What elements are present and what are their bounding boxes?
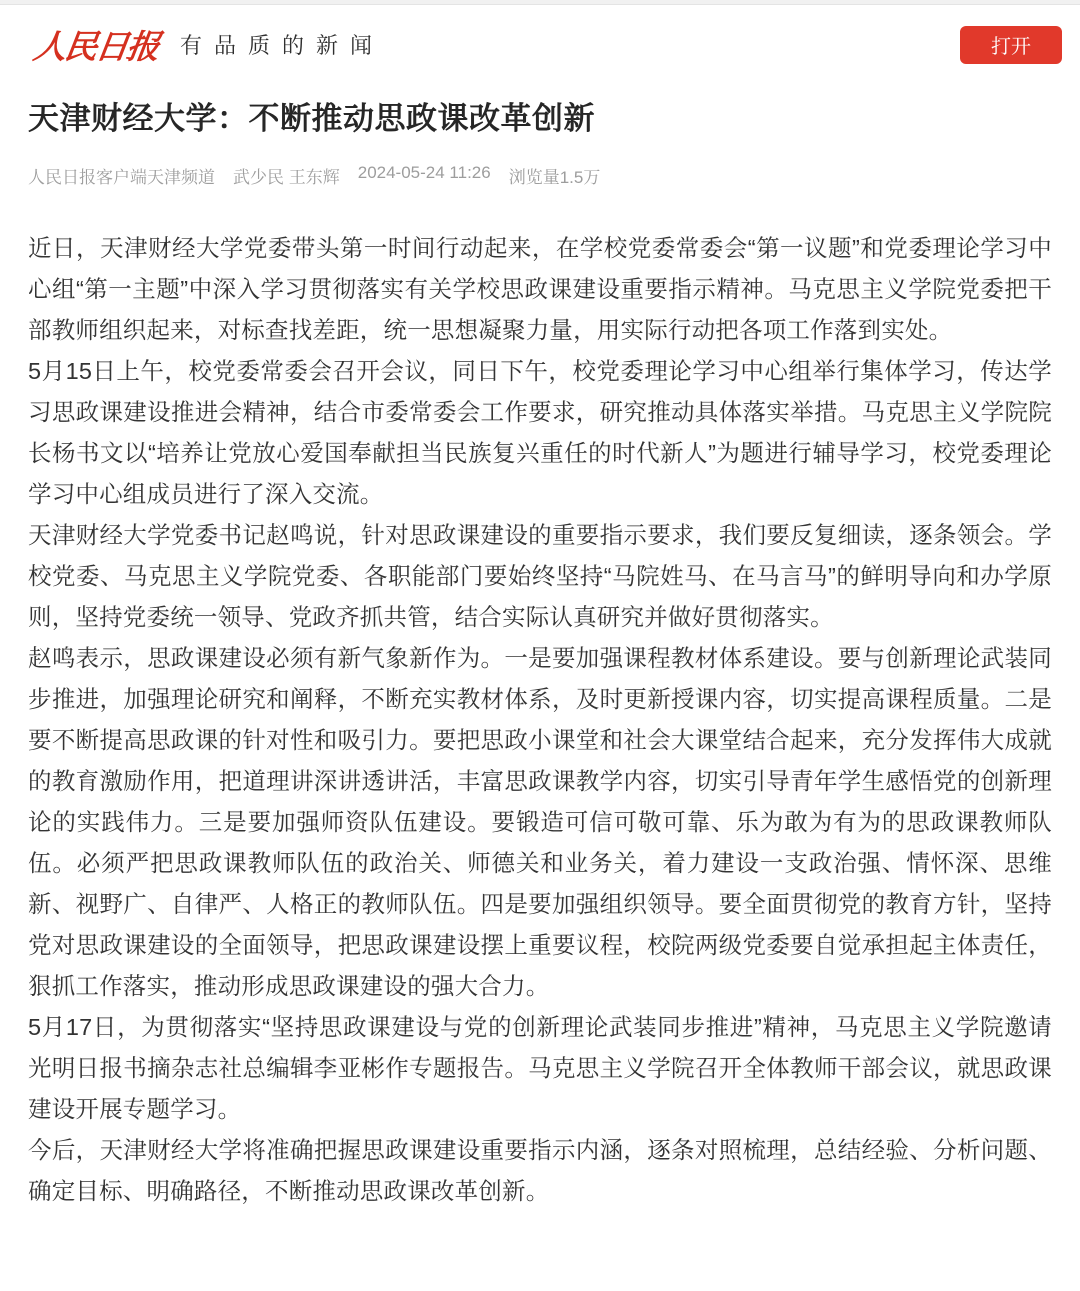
brand: 人民日报 有品质的新闻 [34, 21, 960, 68]
article-paragraph: 近日，天津财经大学党委带头第一时间行动起来，在学校党委常委会“第一议题”和党委理… [28, 228, 1052, 351]
meta-datetime: 2024-05-24 11:26 [358, 163, 491, 188]
article-paragraph: 5月15日上午，校党委常委会召开会议，同日下午，校党委理论学习中心组举行集体学习… [28, 351, 1052, 515]
meta-source: 人民日报客户端天津频道 [28, 163, 215, 188]
article-body: 近日，天津财经大学党委带头第一时间行动起来，在学校党委常委会“第一议题”和党委理… [28, 228, 1052, 1212]
article-paragraph: 赵鸣表示，思政课建设必须有新气象新作为。一是要加强课程教材体系建设。要与创新理论… [28, 638, 1052, 1007]
article-title: 天津财经大学：不断推动思政课改革创新 [28, 100, 1052, 139]
meta-authors: 武少民 王东辉 [233, 163, 340, 188]
brand-tagline: 有品质的新闻 [180, 29, 384, 60]
article-meta: 人民日报客户端天津频道 武少民 王东辉 2024-05-24 11:26 浏览量… [28, 163, 1052, 188]
meta-views: 浏览量1.5万 [509, 163, 601, 188]
peoples-daily-logo: 人民日报 [31, 21, 162, 68]
article-paragraph: 天津财经大学党委书记赵鸣说，针对思政课建设的重要指示要求，我们要反复细读，逐条领… [28, 515, 1052, 638]
article: 天津财经大学：不断推动思政课改革创新 人民日报客户端天津频道 武少民 王东辉 2… [0, 100, 1080, 1212]
article-page: 人民日报 有品质的新闻 打开 天津财经大学：不断推动思政课改革创新 人民日报客户… [0, 0, 1080, 1291]
article-paragraph: 今后，天津财经大学将准确把握思政课建设重要指示内涵，逐条对照梳理，总结经验、分析… [28, 1130, 1052, 1212]
article-paragraph: 5月17日，为贯彻落实“坚持思政课建设与党的创新理论武装同步推进”精神，马克思主… [28, 1007, 1052, 1130]
open-app-button[interactable]: 打开 [960, 26, 1062, 64]
site-header: 人民日报 有品质的新闻 打开 [0, 5, 1080, 76]
